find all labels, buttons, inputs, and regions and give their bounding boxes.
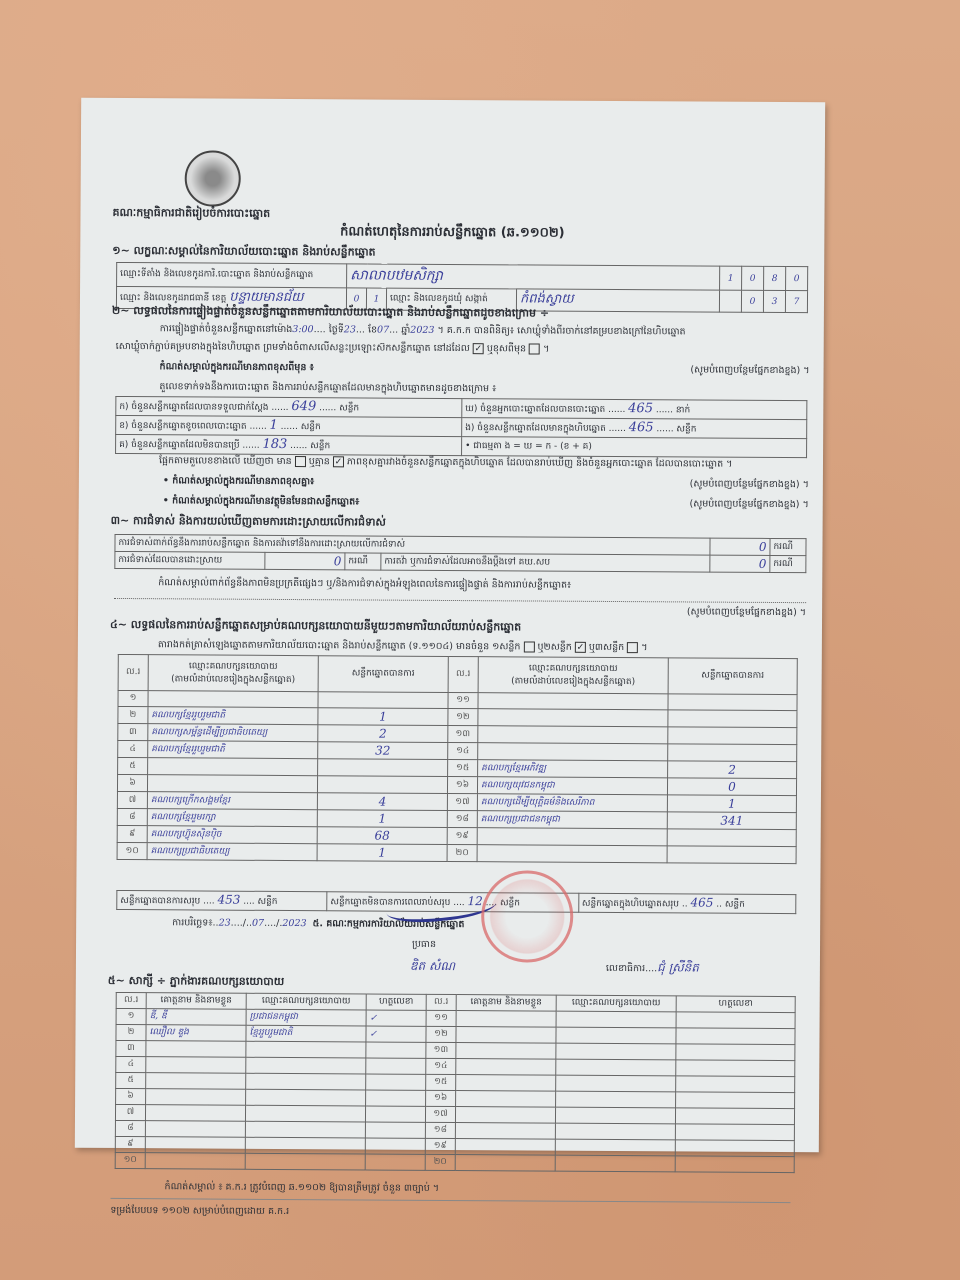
station-label: ឈ្មោះទីតាំង និងលេខកូដការិ.បោះឆ្នោត និងរា… (117, 262, 347, 287)
inbox-total-value: 465 (690, 895, 713, 909)
three-sheet-checkbox[interactable] (627, 642, 638, 653)
section1-heading: ១~ លក្ខណៈសម្គាល់នៃការិយាល័យបោះឆ្នោត និងរ… (112, 244, 375, 262)
witness-party (555, 1155, 675, 1172)
station-code-digit: 8 (764, 266, 786, 290)
row-number: ១៣ (426, 1042, 456, 1058)
witness-signature (675, 1140, 794, 1157)
dotted-line (114, 598, 806, 603)
party-name (478, 743, 668, 761)
year-value: 2023 (410, 325, 434, 336)
row-number: ១៣ (448, 725, 478, 742)
witness-party (556, 1027, 676, 1044)
party-votes: 32 (318, 742, 448, 760)
party-votes (318, 692, 448, 709)
row-number: ១៤ (448, 742, 478, 759)
party-name (477, 845, 667, 863)
secretary-line: លេខាធិការ....ជុំ ស្រីនិត (606, 959, 699, 978)
figure-c-value: 183 (262, 437, 287, 452)
fill-hint: (សូមបំពេញបន្ថែមផ្នែកខាងខ្នង) ។ (687, 605, 806, 620)
party-name: គណបក្សប្រជាធិបតេយ្យ (147, 843, 317, 861)
witness-signature (365, 1138, 425, 1154)
witness-party: ខ្មែររួបរួមជាតិ (246, 1025, 366, 1042)
figure-unit: សន្លឹក (339, 403, 359, 413)
diff-prefix: ផ្អែកតាមតួលេខខាងលើ ឃើញថា មាន (159, 455, 292, 467)
witness-name (146, 1057, 246, 1074)
party-votes (668, 710, 797, 728)
figure-unit: សន្លឹក (310, 441, 330, 451)
row-number: ៤ (118, 740, 148, 757)
witness-party (245, 1153, 365, 1170)
row-number: ១ (116, 1008, 146, 1024)
witness-name (146, 1089, 246, 1106)
party-votes (668, 744, 797, 762)
party-name (148, 758, 318, 776)
party-votes: 1 (317, 810, 447, 828)
three-sheet-label: ឬ៣សន្លឹក (589, 642, 624, 653)
commune-code-digit: 7 (785, 291, 807, 313)
row-number: ៧ (117, 791, 147, 808)
row-number: ១៤ (426, 1058, 456, 1074)
sheets-intro: តារាងកត់ត្រាសំឡេងឆ្នោតតាមការិយាល័យបោះឆ្ន… (158, 639, 521, 652)
col-party-sub: (តាមលំដាប់លេខរៀងក្នុងសន្លឹកឆ្នោត) (511, 676, 635, 687)
figure-unit: សន្លឹក (301, 422, 321, 432)
witness-party (555, 1107, 675, 1124)
witness-name: ឌី, ឌី (146, 1009, 246, 1026)
col-signature: ហត្ថលេខា (676, 996, 795, 1013)
party-name (478, 693, 668, 710)
col-name: គោត្តនាម និងនាមខ្លួន (146, 993, 246, 1010)
party-name: គណបក្សដើម្បីយុត្តិធម៌និងសេរីភាព (477, 794, 667, 812)
objections-total-value: 0 (710, 538, 770, 555)
bullet2-label: • កំណត់សម្គាល់ក្នុងករណីមានវត្ថុមិនមែនជាស… (163, 495, 360, 507)
witness-signature (675, 1156, 794, 1173)
witness-party (556, 1075, 676, 1092)
changed-label: ឬខុសពីមុន (487, 343, 526, 354)
witness-name (145, 1121, 245, 1138)
table-row: ១០គណបក្សប្រជាធិបតេយ្យ1២០ (117, 842, 796, 863)
difference-line: ផ្អែកតាមតួលេខខាងលើ ឃើញថា មាន ឬគ្មាន ✓ ភា… (159, 454, 732, 472)
figure-d-label: ឃ) ចំនួនអ្នកបោះឆ្នោតដែលបានបោះឆ្នោត (465, 404, 605, 415)
row-number: ១៩ (425, 1138, 455, 1154)
figure-unit: នាក់ (676, 405, 690, 415)
figure-b-value: 1 (270, 418, 278, 433)
col-signature: ហត្ថលេខា (366, 994, 426, 1010)
figures-table: ក) ចំនួនសន្លឹកឆ្នោតដែលបានទទួលជាក់ស្តែង .… (115, 396, 807, 458)
appeal-value: 0 (710, 555, 770, 572)
witness-party: ប្រជាជនកម្ពុជា (246, 1009, 366, 1026)
seal-text: សោឃ្លុំចាក់ភ្ជាប់គម្របខាងក្នុងនៃហិបឆ្នោត… (116, 341, 470, 354)
witness-party (556, 1091, 676, 1108)
party-votes (317, 776, 447, 794)
date-year: 2023 (282, 918, 306, 929)
party-name: គណបក្សសម្ព័ន្ធដើម្បីប្រជាធិបតេយ្យ (148, 724, 318, 742)
witness-signature (675, 1124, 794, 1141)
witness-signature (366, 1058, 426, 1074)
fill-hint: (សូមបំពេញបន្ថែមផ្នែកខាងខ្នង) ។ (690, 477, 809, 492)
diff-no-checkbox[interactable]: ✓ (333, 456, 344, 467)
district-label: ឈ្មោះ និងលេខកូដរាជធានី ខេត្ត (120, 293, 226, 304)
row-number: ៦ (117, 774, 147, 791)
party-name: គណបក្សក្រើកសង្គមខ្មែរ (147, 792, 317, 810)
row-number: ៧ (115, 1104, 145, 1120)
witness-name (456, 1043, 556, 1060)
chair-name: ឌិត សំណ (410, 958, 455, 976)
bullet1-label: • កំណត់សម្គាល់ក្នុងករណីមានភាពខុសគ្នា៖ (163, 475, 314, 487)
verification-line: ការផ្ទៀងផ្ទាត់ចំនួនសន្លឹកឆ្នោតនៅម៉ោង3:00… (160, 322, 686, 339)
witness-name (455, 1155, 555, 1172)
party-name (477, 828, 667, 846)
bullet-difference: • កំណត់សម្គាល់ក្នុងករណីមានភាពខុសគ្នា៖ (ស… (163, 474, 809, 492)
party-votes (667, 829, 796, 847)
party-name: គណបក្សយុវជនកម្ពុជា (477, 777, 667, 795)
valid-total-value: 453 (217, 893, 240, 907)
row-number: ១៥ (426, 1074, 456, 1090)
witness-party (245, 1105, 365, 1122)
witness-signature (676, 1060, 795, 1077)
party-votes: 1 (317, 844, 447, 862)
row-number: ៣ (116, 1040, 146, 1056)
district-name: បន្ទាយមានជ័យ (229, 290, 303, 305)
witness-party (555, 1123, 675, 1140)
secretary-name: ជុំ ស្រីនិត (657, 960, 699, 974)
commune-code-digit: 0 (741, 290, 763, 312)
party-votes: 1 (667, 795, 796, 813)
witness-name (456, 1059, 556, 1076)
intact-checkbox[interactable]: ✓ (473, 343, 484, 354)
col-no: ល.រ (448, 656, 478, 692)
table-row: ១០២០ (115, 1152, 794, 1172)
witness-name (455, 1139, 555, 1156)
party-name (148, 691, 318, 708)
witness-signature (365, 1154, 425, 1170)
resolved-label: ការជំទាស់ដែលបានដោះស្រាយ (115, 551, 265, 569)
witness-party (556, 1059, 676, 1076)
figure-e-label: ង) ចំនួនសន្លឹកឆ្នោតដែលមានក្នុងហិបឆ្នោត (465, 423, 606, 434)
nec-emblem-icon (185, 150, 241, 206)
witness-name (145, 1153, 245, 1170)
time-value: 3:00 (292, 324, 313, 335)
sheets-line: តារាងកត់ត្រាសំឡេងឆ្នោតតាមការិយាល័យបោះឆ្ន… (158, 638, 648, 655)
date-month: 07 (252, 918, 264, 929)
row-number: ៦ (116, 1088, 146, 1104)
witness-signature (366, 1074, 426, 1090)
witness-name: ឈឿល ឌួង (146, 1025, 246, 1042)
one-sheet-checkbox[interactable] (523, 641, 534, 652)
party-name (478, 726, 668, 744)
diff-suffix: ភាពខុសគ្នារវាងចំនួនសន្លឹកឆ្នោតក្នុងហិបឆ្… (347, 456, 733, 469)
diff-yes-checkbox[interactable] (295, 456, 306, 467)
witness-signature: ✓ (366, 1026, 426, 1042)
figure-unit: សន្លឹក (676, 424, 696, 434)
seal-line: សោឃ្លុំចាក់ភ្ជាប់គម្របខាងក្នុងនៃហិបឆ្នោត… (116, 340, 550, 357)
witness-name (146, 1073, 246, 1090)
party-name: គណបក្សខ្មែររួបរួមជាតិ (148, 741, 318, 759)
witness-name (456, 1091, 556, 1108)
figure-c-label: គ) ចំនួនសន្លឹកឆ្នោតដែលមិនបានប្រើ (119, 440, 240, 451)
party-votes (668, 694, 797, 711)
party-votes: 1 (318, 708, 448, 726)
witness-name (455, 1123, 555, 1140)
witness-party (245, 1121, 365, 1138)
party-results-table: ល.រ ឈ្មោះគណបក្សនយោបាយ(តាមលំដាប់លេខរៀងក្ន… (117, 654, 798, 864)
row-number: ១២ (426, 1026, 456, 1042)
row-number: ១៥ (448, 759, 478, 776)
row-number: ២ (118, 706, 148, 723)
row-number: ៥ (116, 1072, 146, 1088)
col-party: ឈ្មោះគណបក្សនយោបាយ (556, 995, 676, 1012)
row-number: ១១ (448, 692, 478, 708)
witness-party (246, 1073, 366, 1090)
day-label: ថ្ងៃទី (329, 324, 344, 335)
section3-heading: ៣~ ការជំទាស់ និងការយល់ឃើញតាមការដោះស្រាយល… (111, 514, 386, 532)
date-label: ការបរិច្ឆេទ៖ (172, 917, 212, 928)
resolved-value: 0 (265, 552, 345, 569)
section4-heading: ៤~ លទ្ធផលនៃការរាប់សន្លឹកឆ្នោតសម្រាប់គណបក… (110, 618, 521, 637)
party-name: គណបក្សខ្មែរអភិវឌ្ឍ (478, 760, 668, 778)
secretary-label: លេខាធិការ (606, 963, 645, 974)
party-votes (668, 727, 797, 745)
form-footer: ទម្រង់បែបបទ ១១០២ សម្រាប់បំពេញដោយ គ.ក.រ (110, 1204, 289, 1219)
valid-total-label: សន្លឹកឆ្នោតបានការសរុប (120, 896, 200, 906)
col-name: គោត្តនាម និងនាមខ្លួន (456, 995, 556, 1012)
irregularity-note: កំណត់សម្គាល់ពាក់ព័ន្ធនឹងភាពមិនប្រក្រតីផ្… (158, 576, 571, 593)
row-number: ៩ (117, 825, 147, 842)
party-name: គណបក្សប្រជាជនកម្ពុជា (477, 811, 667, 829)
witness-name (456, 1027, 556, 1044)
witness-signature (676, 1076, 795, 1093)
party-votes (667, 846, 796, 864)
party-votes: 2 (668, 761, 797, 779)
commune-code-digit: 3 (763, 290, 785, 312)
station-name: សាលាបឋមសិក្សា (347, 264, 720, 290)
date-day: 23 (219, 918, 231, 929)
row-number: ១០ (117, 842, 147, 859)
witness-table: ល.រ គោត្តនាម និងនាមខ្លួន ឈ្មោះគណបក្សនយោប… (115, 992, 796, 1173)
party-name (478, 709, 668, 727)
fill-hint: (សូមបំពេញបន្ថែមផ្នែកខាងខ្នង) ។ (689, 497, 808, 512)
party-votes: 2 (318, 725, 448, 743)
org-name: គណៈកម្មាធិការជាតិរៀបចំការបោះឆ្នោត (112, 206, 270, 223)
witness-signature (365, 1106, 425, 1122)
row-number: ២ (116, 1024, 146, 1040)
appeal-label: ការតវ៉ា ឬការជំទាស់ដែលអាចនឹងប្តឹងទៅ គឃ.សប (381, 553, 710, 572)
witness-signature (676, 1028, 795, 1045)
row-number: ១៧ (447, 793, 477, 810)
fill-hint: (សូមបំពេញបន្ថែមផ្នែកខាងខ្នង) ។ (690, 363, 809, 378)
party-name: គណបក្សខ្មែររួបរួមជាតិ (148, 707, 318, 725)
witness-name (146, 1041, 246, 1058)
row-number: ១៦ (426, 1090, 456, 1106)
verification-suffix: ។ គ.ក.ក បានពិនិត្យ៖ សោឃ្លុំទាំងពីរចាក់នៅ… (437, 325, 685, 338)
witness-name (145, 1137, 245, 1154)
witness-party (555, 1139, 675, 1156)
witness-signature (365, 1122, 425, 1138)
col-party: ឈ្មោះគណបក្សនយោបាយ (189, 661, 278, 672)
time-label: ការផ្ទៀងផ្ទាត់ចំនួនសន្លឹកឆ្នោតនៅម៉ោង (160, 323, 293, 335)
col-no: ល.រ (116, 992, 146, 1008)
inbox-total-label: សន្លឹកឆ្នោតក្នុងហិបឆ្នោតសរុប (582, 899, 679, 910)
col-votes: សន្លឹកឆ្នោតបានការ (668, 658, 797, 695)
diff-no-label: ឬគ្មាន (309, 456, 330, 467)
two-sheet-checkbox[interactable]: ✓ (575, 642, 586, 653)
party-name: គណបក្សហ៊្វុនស៊ិនប៉ិច (147, 826, 317, 844)
section2-heading: ២~ លទ្ធផលនៃការផ្ទៀងផ្ទាត់ចំនួនសន្លឹកឆ្នោ… (112, 304, 549, 323)
row-number: ៨ (117, 808, 147, 825)
formula-note: • ជាធម្មតា ង = ឃ = ក - (ខ + គ) (462, 437, 807, 458)
witness-name (456, 1011, 556, 1028)
row-number: ៣ (118, 723, 148, 740)
witness-signature (675, 1108, 794, 1125)
bullet-foreign-objects: • កំណត់សម្គាល់ក្នុងករណីមានវត្ថុមិនមែនជាស… (163, 494, 809, 512)
col-votes: សន្លឹកឆ្នោតបានការ (318, 656, 448, 693)
witness-name (145, 1105, 245, 1122)
row-number: ១៨ (447, 810, 477, 827)
row-number: ១ (118, 690, 148, 706)
row-number: ៩ (115, 1136, 145, 1152)
row-number: ១១ (426, 1010, 456, 1026)
chair-label: ប្រធាន (412, 938, 436, 952)
witness-signature (366, 1042, 426, 1058)
witness-party (246, 1057, 366, 1074)
figure-b-label: ខ) ចំនួនសន្លឹកឆ្នោតខូចពេលបោះឆ្នោត (119, 421, 247, 432)
station-code-digit: 1 (720, 266, 742, 290)
ballot-count-form: គណៈកម្មាធិការជាតិរៀបចំការបោះឆ្នោត កំណត់ហ… (75, 98, 825, 1153)
section5-heading: ៥~ សាក្សី ÷ ភ្នាក់ងារគណបក្សនយោបាយ (108, 974, 285, 991)
row-number: ១៦ (447, 776, 477, 793)
party-votes: 0 (667, 778, 796, 796)
change-note-label: កំណត់សម្គាល់ក្នុងករណីមានភាពខុសពីមុន ៖ (160, 361, 314, 373)
witness-party (245, 1137, 365, 1154)
witness-name (455, 1107, 555, 1124)
row-number: ១០ (115, 1152, 145, 1168)
changed-checkbox[interactable] (529, 343, 540, 354)
case-unit: ករណី (770, 555, 806, 572)
form-note: កំណត់សម្គាល់ ៖ គ.ក.រ ត្រូវបំពេញ ឆ.១១០២ ឱ… (165, 1180, 440, 1196)
two-sheet-label: ឬ២សន្លឹក (537, 642, 571, 653)
figure-e-value: 465 (629, 420, 654, 435)
party-votes: 4 (317, 793, 447, 811)
col-no: ល.រ (426, 994, 456, 1010)
witness-party (556, 1011, 676, 1028)
party-votes: 68 (317, 827, 447, 845)
witness-party (246, 1041, 366, 1058)
official-stamp-icon (481, 870, 574, 963)
month-label: ខែ (368, 324, 377, 335)
station-code-digit: 0 (786, 267, 808, 291)
row-number: ២០ (447, 844, 477, 861)
witness-signature (366, 1090, 426, 1106)
month-value: 07 (377, 325, 389, 336)
col-no: ល.រ (118, 654, 148, 690)
sheet-unit: សន្លឹក (725, 900, 745, 910)
party-votes (318, 759, 448, 777)
row-number: ៨ (115, 1120, 145, 1136)
witness-party (556, 1043, 676, 1060)
row-number: ១៩ (447, 827, 477, 844)
row-number: ២០ (425, 1154, 455, 1170)
row-number: ១៨ (425, 1122, 455, 1138)
witness-party (246, 1089, 366, 1106)
witness-signature: ✓ (366, 1010, 426, 1026)
party-name (147, 775, 317, 793)
figure-d-value: 465 (628, 401, 653, 416)
figure-a-label: ក) ចំនួនសន្លឹកឆ្នោតដែលបានទទួលជាក់ស្តែង (119, 402, 268, 413)
case-unit: ករណី (345, 553, 381, 570)
sheet-unit: សន្លឹក (258, 897, 278, 907)
col-party: ឈ្មោះគណបក្សនយោបាយ (246, 993, 366, 1010)
row-number: ៥ (118, 757, 148, 774)
figures-intro: តួលេខទាក់ទងនឹងការបោះឆ្នោត និងការរាប់សន្ល… (159, 380, 496, 396)
party-name: គណបក្សខ្មែររួមរក្សា (147, 809, 317, 827)
case-unit: ករណី (770, 538, 806, 555)
row-number: ១២ (448, 708, 478, 725)
witness-signature (676, 1092, 795, 1109)
party-votes: 341 (667, 812, 796, 830)
day-value: 23 (344, 324, 356, 335)
col-party-sub: (តាមលំដាប់លេខរៀងក្នុងសន្លឹកឆ្នោត) (171, 674, 295, 685)
witness-name (456, 1075, 556, 1092)
change-note-line: កំណត់សម្គាល់ក្នុងករណីមានភាពខុសពីមុន ៖ (ស… (160, 360, 810, 378)
witness-signature (676, 1012, 795, 1029)
form-title: កំណត់ហេតុនៃការរាប់សន្លឹកឆ្នោត (ឆ.១១០២) (80, 222, 824, 246)
figure-a-value: 649 (291, 399, 316, 414)
witness-signature (676, 1044, 795, 1061)
objections-table: ការជំទាស់ពាក់ព័ន្ធនឹងការរាប់សន្លឹកឆ្នោត … (114, 534, 806, 573)
station-code-digit: 0 (742, 266, 764, 290)
row-number: ៤ (116, 1056, 146, 1072)
col-party: ឈ្មោះគណបក្សនយោបាយ (529, 663, 618, 674)
row-number: ១៧ (425, 1106, 455, 1122)
